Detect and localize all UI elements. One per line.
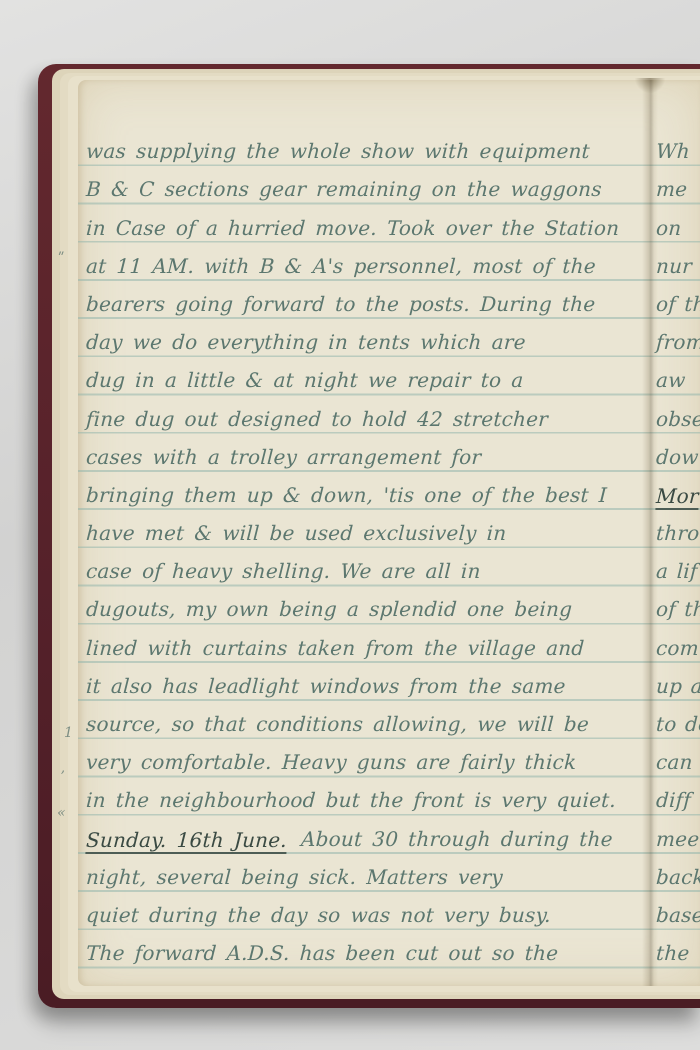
handwritten-fragment: back (656, 854, 700, 892)
fragment-text: of th (655, 294, 700, 319)
fragment-text: of the (655, 599, 700, 624)
handwritten-line: very comfortable. Heavy guns are fairly … (86, 739, 642, 777)
fragment-text: a lif (655, 561, 698, 586)
handwritten-line: night, several being sick. Matters very (86, 854, 642, 892)
fragment-text: dow (655, 447, 699, 472)
fragment-text: Wh (655, 141, 690, 166)
handwritten-line: quiet during the day so was not very bus… (86, 892, 642, 930)
fragment-text: nur (655, 256, 692, 281)
handwritten-line: was supplying the whole show with equipm… (86, 128, 642, 166)
fragment-text: up a (655, 676, 700, 701)
line-text: About 30 through during the (300, 829, 613, 854)
entry-date-heading: Mor (655, 486, 699, 510)
line-text: dug in a little & at night we repair to … (85, 370, 524, 395)
fragment-text: from (655, 332, 700, 357)
fragment-text: obse (655, 409, 700, 434)
handwritten-line: dugouts, my own being a splendid one bei… (86, 586, 642, 624)
gutter-notch (634, 78, 666, 94)
right-page-handwriting: Wh me on nur of th from aw obse dow Mor … (656, 128, 700, 968)
line-text: was supplying the whole show with equipm… (85, 141, 590, 166)
line-text: source, so that conditions allowing, we … (85, 714, 589, 739)
handwritten-line: in Case of a hurried move. Took over the… (86, 204, 642, 242)
fragment-text: on (655, 218, 682, 243)
handwritten-fragment: nur (656, 243, 700, 281)
photo-background: was supplying the whole show with equipm… (0, 0, 700, 1050)
handwritten-fragment: the (656, 930, 700, 968)
fragment-text: mee (655, 829, 700, 854)
margin-ink-mark: ʼ (60, 770, 64, 784)
handwritten-fragment: dow (656, 434, 700, 472)
fragment-text: back (655, 867, 700, 892)
handwritten-line: cases with a trolley arrangement for (86, 434, 642, 472)
handwritten-line: case of heavy shelling. We are all in (86, 548, 642, 586)
line-text: at 11 AM. with B & A's personnel, most o… (85, 256, 596, 281)
line-text: fine dug out designed to hold 42 stretch… (85, 409, 548, 434)
handwritten-fragment: obse (656, 395, 700, 433)
line-text: have met & will be used exclusively in (85, 523, 507, 548)
handwritten-line: bringing them up & down, 'tis one of the… (86, 472, 642, 510)
handwritten-line: have met & will be used exclusively in (86, 510, 642, 548)
handwritten-line: at 11 AM. with B & A's personnel, most o… (86, 243, 642, 281)
margin-ink-mark: 1 (64, 726, 73, 740)
handwritten-fragment: up a (656, 663, 700, 701)
line-text: B & C sections gear remaining on the wag… (85, 179, 602, 204)
handwritten-fragment: Mor (656, 472, 700, 510)
handwritten-line: fine dug out designed to hold 42 stretch… (86, 395, 642, 433)
line-text: in Case of a hurried move. Took over the… (85, 218, 620, 243)
handwritten-fragment: on (656, 204, 700, 242)
handwritten-fragment: comm (656, 624, 700, 662)
handwritten-fragment: thro (656, 510, 700, 548)
line-text: bringing them up & down, 'tis one of the… (85, 485, 607, 510)
handwritten-fragment: to do (656, 701, 700, 739)
line-text: lined with curtains taken from the villa… (85, 638, 585, 663)
handwritten-fragment: can (656, 739, 700, 777)
fragment-text: thro (655, 523, 700, 548)
handwritten-line: it also has leadlight windows from the s… (86, 663, 642, 701)
line-text: cases with a trolley arrangement for (85, 447, 481, 472)
fragment-text: to do (655, 714, 700, 739)
margin-ink-mark: ʺ (58, 252, 64, 266)
handwritten-fragment: from (656, 319, 700, 357)
handwritten-fragment: of the (656, 586, 700, 624)
entry-date-heading: Sunday. 16th June. (85, 830, 287, 854)
fragment-text: can (655, 752, 693, 777)
handwritten-fragment: base (656, 892, 700, 930)
handwritten-line: lined with curtains taken from the villa… (86, 624, 642, 662)
line-text: quiet during the day so was not very bus… (85, 905, 551, 930)
line-text: The forward A.D.S. has been cut out so t… (85, 943, 558, 968)
handwritten-line: The forward A.D.S. has been cut out so t… (86, 930, 642, 968)
notebook-cover: was supplying the whole show with equipm… (38, 64, 700, 1008)
handwritten-fragment: me (656, 166, 700, 204)
line-text: it also has leadlight windows from the s… (85, 676, 566, 701)
line-text: day we do everything in tents which are (85, 332, 526, 357)
line-text: dugouts, my own being a splendid one bei… (85, 599, 572, 624)
fragment-text: aw (655, 370, 686, 395)
line-text: night, several being sick. Matters very (85, 867, 503, 892)
fragment-text: the (655, 943, 690, 968)
handwritten-line: Sunday. 16th June. About 30 through duri… (86, 815, 642, 853)
fragment-text: me (655, 179, 688, 204)
handwritten-line: dug in a little & at night we repair to … (86, 357, 642, 395)
line-text: in the neighbourhood but the front is ve… (85, 790, 616, 815)
handwritten-line: in the neighbourhood but the front is ve… (86, 777, 642, 815)
handwritten-fragment: mee (656, 815, 700, 853)
handwritten-line: day we do everything in tents which are (86, 319, 642, 357)
line-text: case of heavy shelling. We are all in (85, 561, 481, 586)
handwritten-fragment: of th (656, 281, 700, 319)
line-text: bearers going forward to the posts. Duri… (85, 294, 596, 319)
handwritten-fragment: aw (656, 357, 700, 395)
handwritten-line: bearers going forward to the posts. Duri… (86, 281, 642, 319)
fragment-text: comm (655, 638, 700, 663)
fragment-text: base (655, 905, 700, 930)
margin-ink-mark: « (57, 806, 66, 820)
notebook-page-spread: was supplying the whole show with equipm… (78, 80, 700, 986)
handwritten-fragment: diff (656, 777, 700, 815)
left-page-handwriting: was supplying the whole show with equipm… (86, 128, 642, 968)
line-text: very comfortable. Heavy guns are fairly … (85, 752, 577, 777)
handwritten-fragment: Wh (656, 128, 700, 166)
handwritten-fragment: a lif (656, 548, 700, 586)
fragment-text: diff (655, 790, 691, 815)
handwritten-line: source, so that conditions allowing, we … (86, 701, 642, 739)
handwritten-line: B & C sections gear remaining on the wag… (86, 166, 642, 204)
